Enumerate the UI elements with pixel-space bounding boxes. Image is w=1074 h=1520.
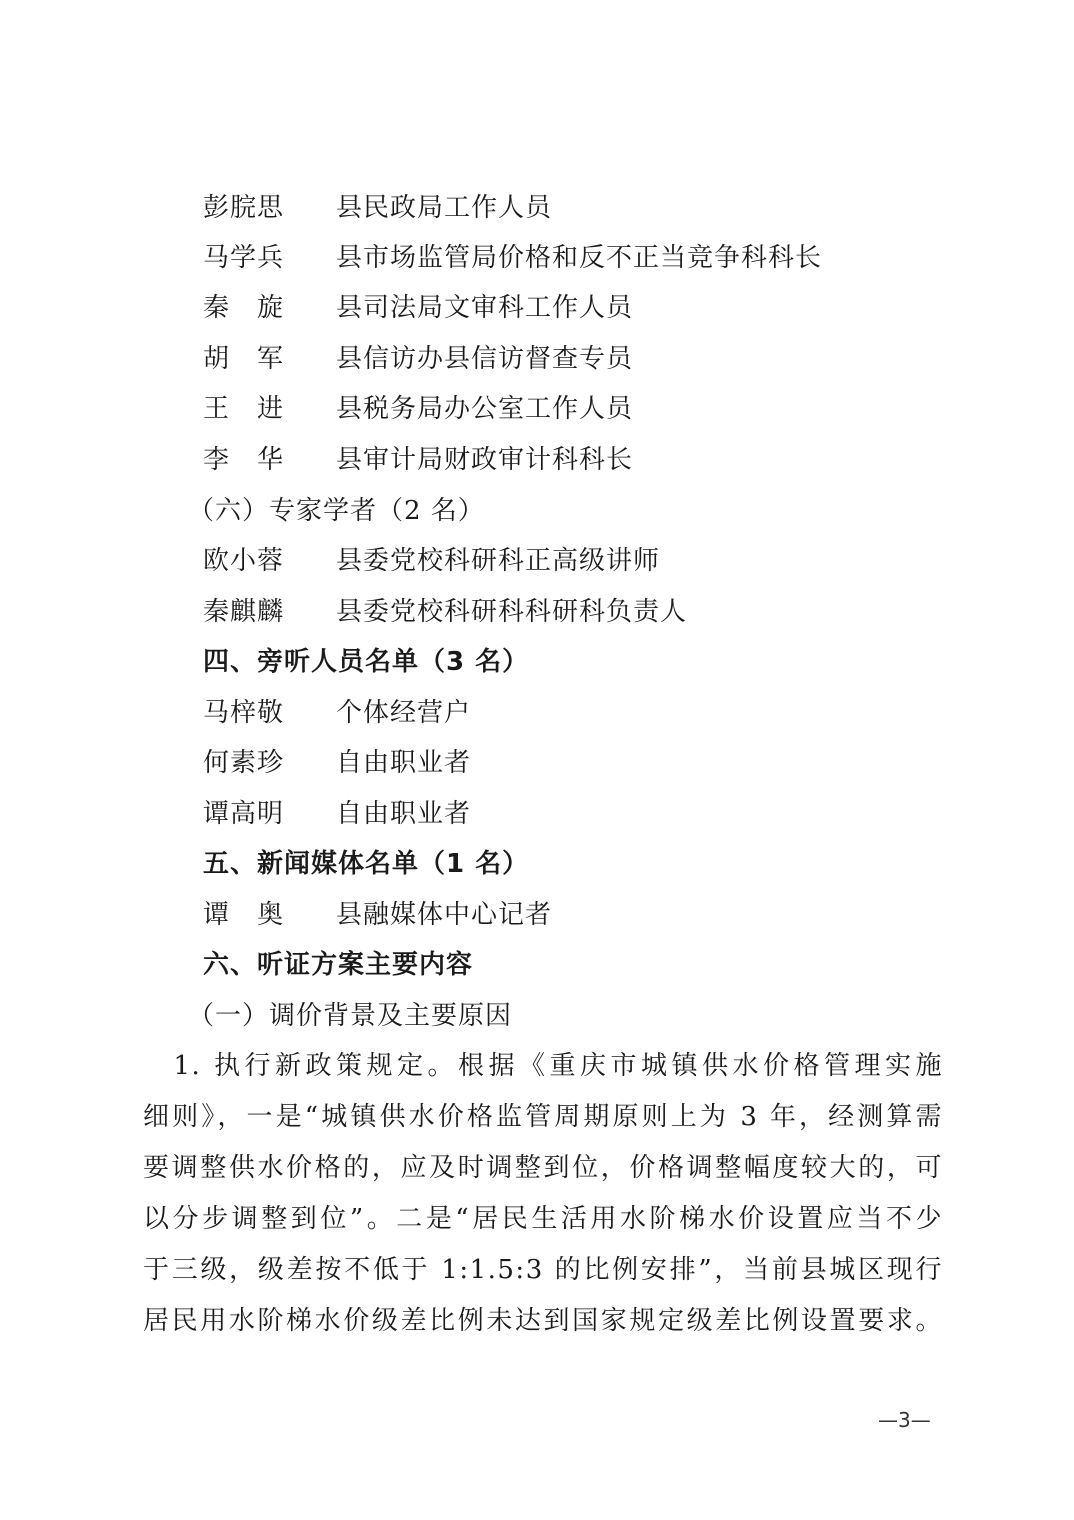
paragraph-line: 1. 执行新政策规定。根据《重庆市城镇供水价格管理实施 bbox=[143, 1041, 943, 1092]
section-experts-heading: （六）专家学者（2 名） bbox=[188, 486, 485, 536]
roster-row: 马学兵 县市场监管局价格和反不正当竞争科科长 bbox=[0, 233, 1074, 283]
paragraph-line: 于三级，级差按不低于 1:1.5:3 的比例安排”，当前县城区现行 bbox=[143, 1245, 943, 1296]
member-name: 谭高明 bbox=[203, 789, 284, 839]
roster-row: 胡 军 县信访办县信访督查专员 bbox=[0, 334, 1074, 384]
paragraph-line: 居民用水阶梯水价级差比例未达到国家规定级差比例设置要求。 bbox=[143, 1296, 943, 1347]
member-role: 县委党校科研科科研科负责人 bbox=[336, 587, 687, 637]
roster-row: 马梓敬 个体经营户 bbox=[0, 688, 1074, 738]
member-name: 马梓敬 bbox=[203, 688, 284, 738]
roster-row: 秦 旋 县司法局文审科工作人员 bbox=[0, 283, 1074, 333]
roster-row: 欧小蓉 县委党校科研科正高级讲师 bbox=[0, 536, 1074, 586]
roster-row: 李 华 县审计局财政审计科科长 bbox=[0, 435, 1074, 485]
member-role: 县司法局文审科工作人员 bbox=[336, 283, 633, 333]
member-name: 何素珍 bbox=[203, 738, 284, 788]
roster-row: 彭脘思 县民政局工作人员 bbox=[0, 183, 1074, 233]
section-observers-heading: 四、旁听人员名单（3 名） bbox=[203, 637, 529, 687]
member-role: 县委党校科研科正高级讲师 bbox=[336, 536, 660, 586]
paragraph-line: 细则》，一是“城镇供水价格监管周期原则上为 3 年，经测算需 bbox=[143, 1092, 943, 1143]
paragraph-line: 要调整供水价格的，应及时调整到位，价格调整幅度较大的，可 bbox=[143, 1143, 943, 1194]
section-content-heading: 六、听证方案主要内容 bbox=[203, 940, 473, 990]
member-name: 李 华 bbox=[203, 435, 284, 485]
member-role: 县市场监管局价格和反不正当竞争科科长 bbox=[336, 233, 822, 283]
member-role: 个体经营户 bbox=[336, 688, 471, 738]
member-name: 胡 军 bbox=[203, 334, 284, 384]
member-role: 县信访办县信访督查专员 bbox=[336, 334, 633, 384]
member-role: 县融媒体中心记者 bbox=[336, 890, 552, 940]
roster-row: 王 进 县税务局办公室工作人员 bbox=[0, 384, 1074, 434]
body-paragraph: 1. 执行新政策规定。根据《重庆市城镇供水价格管理实施 细则》，一是“城镇供水价… bbox=[143, 1041, 943, 1347]
member-name: 欧小蓉 bbox=[203, 536, 284, 586]
member-name: 秦 旋 bbox=[203, 283, 284, 333]
section-content-subheading: （一）调价背景及主要原因 bbox=[188, 991, 512, 1041]
roster-row: 谭 奥 县融媒体中心记者 bbox=[0, 890, 1074, 940]
section-media-heading: 五、新闻媒体名单（1 名） bbox=[203, 839, 529, 889]
member-name: 马学兵 bbox=[203, 233, 284, 283]
member-role: 县税务局办公室工作人员 bbox=[336, 384, 633, 434]
roster-row: 秦麒麟 县委党校科研科科研科负责人 bbox=[0, 587, 1074, 637]
member-name: 谭 奥 bbox=[203, 890, 284, 940]
roster-row: 谭高明 自由职业者 bbox=[0, 789, 1074, 839]
paragraph-line: 以分步调整到位”。二是“居民生活用水阶梯水价设置应当不少 bbox=[143, 1194, 943, 1245]
member-name: 王 进 bbox=[203, 384, 284, 434]
member-role: 县审计局财政审计科科长 bbox=[336, 435, 633, 485]
roster-row: 何素珍 自由职业者 bbox=[0, 738, 1074, 788]
member-name: 彭脘思 bbox=[203, 183, 284, 233]
member-role: 县民政局工作人员 bbox=[336, 183, 552, 233]
document-page: 彭脘思 县民政局工作人员 马学兵 县市场监管局价格和反不正当竞争科科长 秦 旋 … bbox=[0, 0, 1074, 1520]
member-role: 自由职业者 bbox=[336, 738, 471, 788]
member-name: 秦麒麟 bbox=[203, 587, 284, 637]
page-number: —3— bbox=[878, 1408, 931, 1432]
member-role: 自由职业者 bbox=[336, 789, 471, 839]
